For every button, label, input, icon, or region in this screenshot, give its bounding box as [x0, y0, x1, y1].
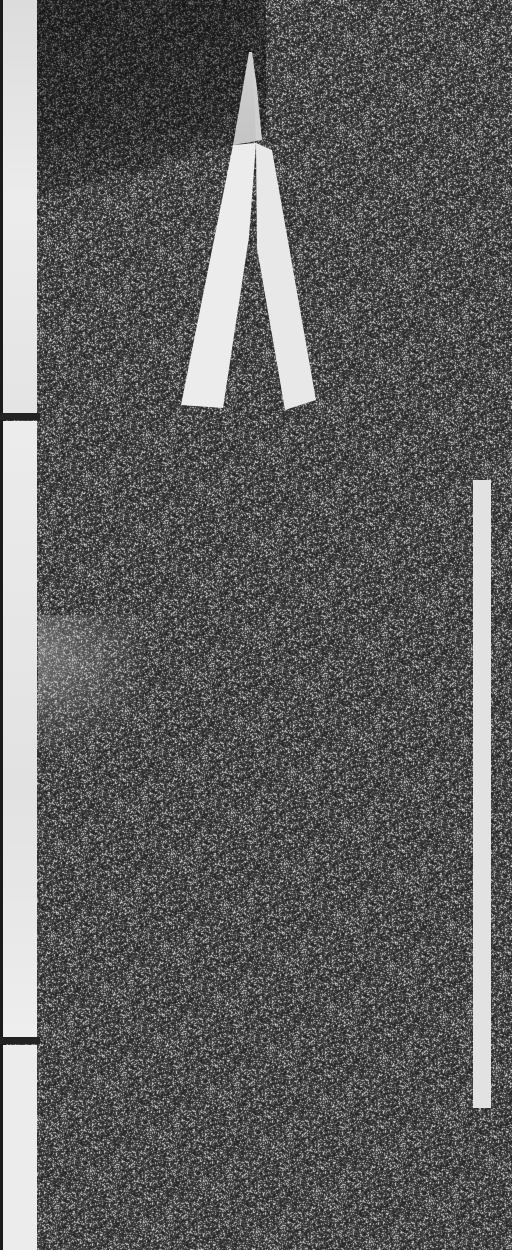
- split-arrow-marking: [0, 0, 512, 1250]
- road-surface: [0, 0, 512, 1250]
